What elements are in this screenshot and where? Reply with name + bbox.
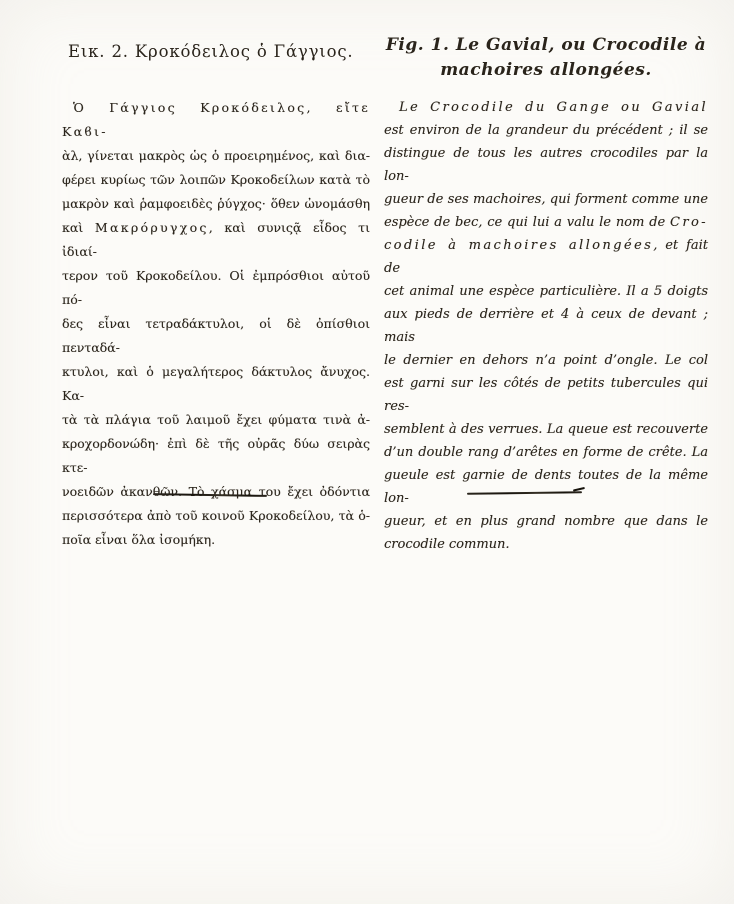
- french-figure-caption: Fig. 1. Le Gavial, ou Crocodile à machoi…: [384, 33, 708, 83]
- text-line: est environ de la grandeur du précédent …: [384, 119, 708, 142]
- french-column: Fig. 1. Le Gavial, ou Crocodile à machoi…: [384, 33, 708, 556]
- text-line: gueur, et en plus grand nombre que dans …: [384, 510, 708, 533]
- text-line: gueur de ses machoires, qui forment comm…: [384, 188, 708, 211]
- text-line: κροχορδονώδη· ἐπὶ δὲ τῆς οὐρᾶς δύω σειρὰ…: [62, 432, 370, 480]
- text-line: καὶ Μακρόρυγχος, καὶ συνιςᾷ εἶδος τι ἰδι…: [62, 216, 370, 264]
- text-line: Ὁ Γάγγιος Κροκόδειλος, εἴτε Καϐι-: [62, 96, 370, 144]
- french-caption-line-2: machoires allongées.: [384, 58, 708, 83]
- greek-column: Εικ. 2. Κροκόδειλος ὁ Γάγγιος. Ὁ Γάγγιος…: [62, 40, 370, 552]
- text-line: ποῖα εἶναι ὅλα ἰσομήκη.: [62, 528, 370, 552]
- french-caption-line-1: Fig. 1. Le Gavial, ou Crocodile à: [384, 33, 708, 58]
- text-line: νοειδῶν ἀκανθῶν. Τὸ χάσμα του ἔχει ὀδόντ…: [62, 480, 370, 504]
- text-line: codile à machoires allongées, et fait de: [384, 234, 708, 280]
- scanned-book-page: Εικ. 2. Κροκόδειλος ὁ Γάγγιος. Ὁ Γάγγιος…: [0, 0, 734, 904]
- text-line: δες εἶναι τετραδάκτυλοι, οἱ δὲ ὀπίσθιοι …: [62, 312, 370, 360]
- text-line: distingue de tous les autres crocodiles …: [384, 142, 708, 188]
- greek-paragraph: Ὁ Γάγγιος Κροκόδειλος, εἴτε Καϐι- ὰλ, γί…: [62, 96, 370, 552]
- text-line: est garni sur les côtés de petits tuberc…: [384, 372, 708, 418]
- text-line: cet animal une espèce particulière. Il a…: [384, 280, 708, 303]
- text-line: περισσότερα ἀπὸ τοῦ κοινοῦ Κροκοδείλου, …: [62, 504, 370, 528]
- text-line: aux pieds de derrière et 4 à ceux de dev…: [384, 303, 708, 349]
- text-line: d’un double rang d’arêtes en forme de cr…: [384, 441, 708, 464]
- french-paragraph: Le Crocodile du Gange ou Gavial est envi…: [384, 96, 708, 556]
- text-line: gueule est garnie de dents toutes de la …: [384, 464, 708, 510]
- text-line: μακρὸν καὶ ῥαμφοειδὲς ῥύγχος· ὅθεν ὠνομά…: [62, 192, 370, 216]
- text-line: semblent à des verrues. La queue est rec…: [384, 418, 708, 441]
- text-line: τερον τοῦ Κροκοδείλου. Οἱ ἐμπρόσθιοι αὐτ…: [62, 264, 370, 312]
- greek-figure-caption: Εικ. 2. Κροκόδειλος ὁ Γάγγιος.: [62, 40, 370, 64]
- text-line: crocodile commun.: [384, 533, 708, 556]
- text-line: ὰλ, γίνεται μακρὸς ὡς ὁ προειρημένος, κα…: [62, 144, 370, 168]
- text-line: κτυλοι, καὶ ὁ μεγαλήτερος δάκτυλος ἄνυχο…: [62, 360, 370, 408]
- text-line: τὰ τὰ πλάγια τοῦ λαιμοῦ ἔχει φύματα τινὰ…: [62, 408, 370, 432]
- text-line: le dernier en dehors n’a point d’ongle. …: [384, 349, 708, 372]
- text-line: Le Crocodile du Gange ou Gavial: [384, 96, 708, 119]
- text-line: φέρει κυρίως τῶν λοιπῶν Κροκοδείλων κατὰ…: [62, 168, 370, 192]
- text-line: espèce de bec, ce qui lui a valu le nom …: [384, 211, 708, 234]
